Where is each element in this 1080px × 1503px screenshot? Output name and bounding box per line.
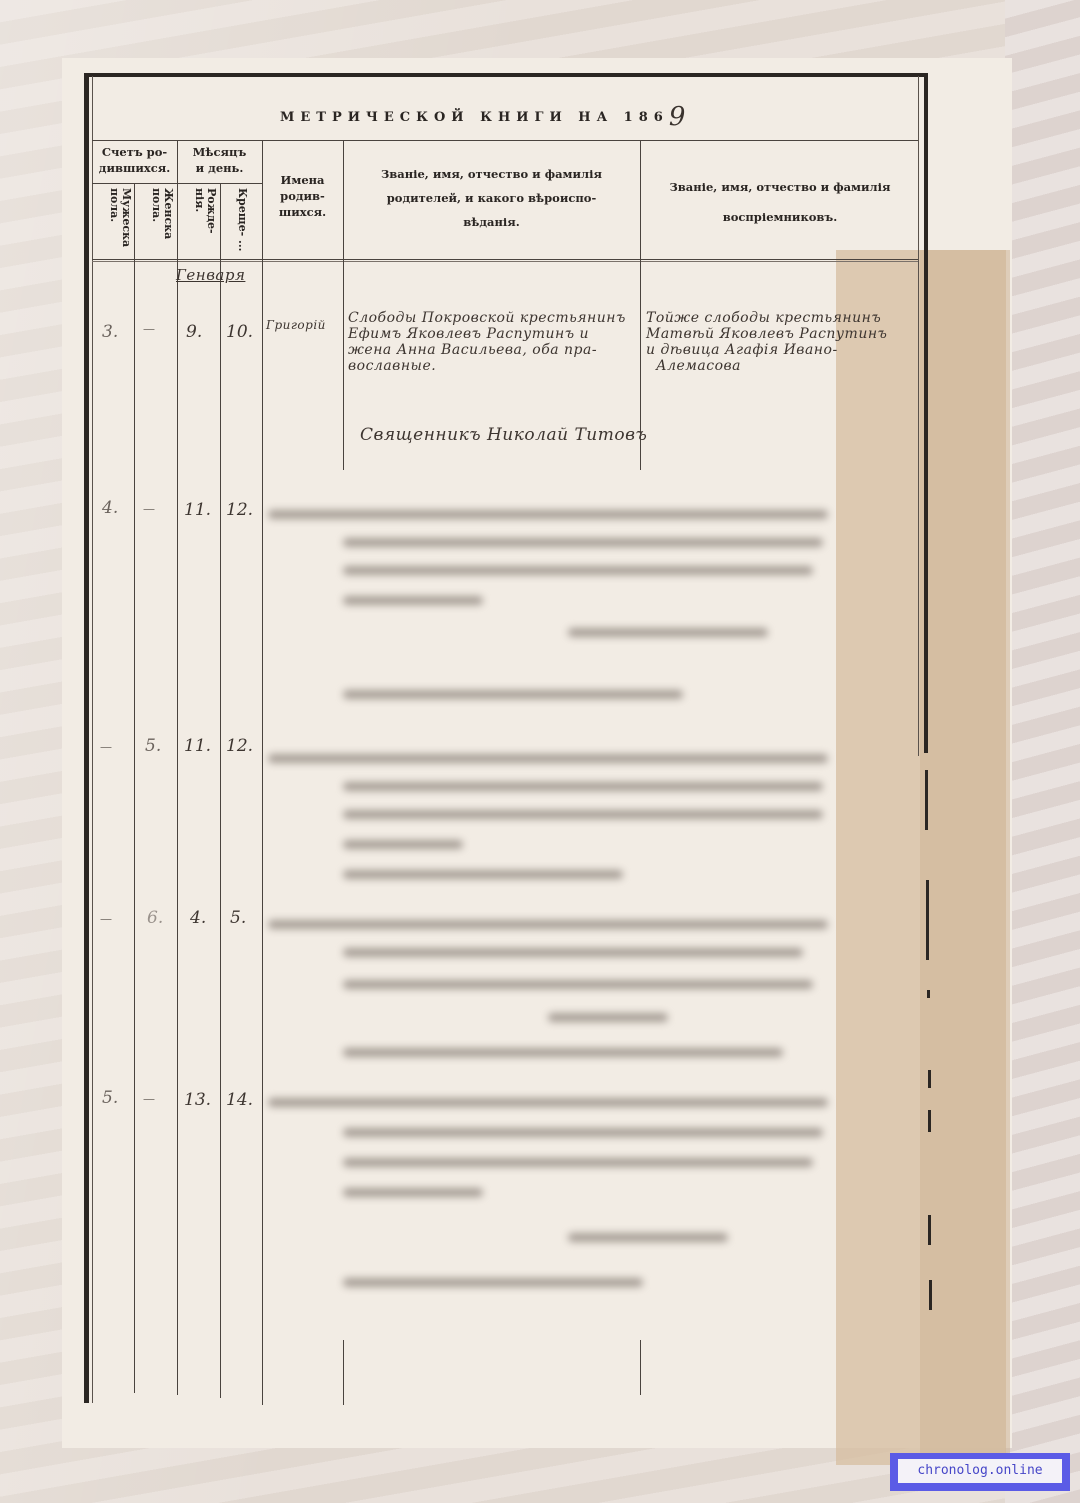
cell-female: — bbox=[143, 322, 155, 336]
header-names: Имена родив- шихся. bbox=[262, 172, 343, 220]
cell-female: 6. bbox=[147, 908, 163, 928]
cell-male: — bbox=[100, 912, 112, 926]
frame-fragment bbox=[926, 880, 929, 960]
year-handwritten: 9 bbox=[669, 102, 686, 132]
header-female: Женска пола. bbox=[150, 188, 174, 256]
cell-male: 5. bbox=[102, 1088, 118, 1108]
table-frame-left-inner bbox=[92, 76, 93, 1403]
cell-birth-day: 4. bbox=[190, 908, 206, 928]
cell-female: 5. bbox=[145, 736, 161, 756]
header-male: Мужеска пола. bbox=[108, 188, 132, 256]
col-rule-parents-godparents-bottom bbox=[640, 1340, 641, 1395]
header-bottom-rule-2 bbox=[92, 261, 918, 262]
cell-birth-day: 13. bbox=[184, 1090, 211, 1110]
cell-baptism-day: 14. bbox=[226, 1090, 253, 1110]
header-godparents: Званіе, имя, отчество и фамилія воспріем… bbox=[640, 172, 920, 232]
cell-baptism-day: 12. bbox=[226, 500, 253, 520]
header-month-day-group: Мѣсяцъ и день. bbox=[177, 144, 262, 176]
frame-fragment bbox=[928, 1070, 931, 1088]
frame-fragment bbox=[929, 1280, 932, 1310]
cell-male: 3. bbox=[102, 322, 118, 342]
redacted-entries-blur bbox=[268, 468, 838, 1318]
header-parents: Званіе, имя, отчество и фамилія родителе… bbox=[343, 162, 640, 234]
col-rule-male-female bbox=[134, 183, 135, 1393]
month-label: Генваря bbox=[176, 266, 245, 284]
header-bottom-rule bbox=[92, 259, 918, 260]
header-top-rule bbox=[92, 140, 918, 141]
cell-baptism-day: 10. bbox=[226, 322, 253, 342]
frame-fragment bbox=[927, 990, 930, 998]
table-frame-right bbox=[924, 73, 928, 753]
repair-tape-strip-inner bbox=[920, 250, 1010, 1465]
cell-birth-day: 11. bbox=[184, 736, 211, 756]
tissue-backing-right bbox=[1005, 0, 1080, 1503]
cell-child-name: Григорій bbox=[266, 318, 326, 332]
col-rule-month-names bbox=[262, 140, 263, 1405]
table-frame-left bbox=[84, 73, 89, 1403]
frame-fragment bbox=[925, 770, 928, 830]
cell-birth-day: 11. bbox=[184, 500, 211, 520]
cell-godparents: Тойже слободы крестьянинъ Матвѣй Яковлев… bbox=[646, 310, 916, 374]
frame-fragment bbox=[928, 1110, 931, 1132]
frame-fragment bbox=[928, 1215, 931, 1245]
col-rule-names-parents-bottom bbox=[343, 1340, 344, 1405]
col-rule-count-month bbox=[177, 140, 178, 1395]
watermark-badge[interactable]: chronolog.online bbox=[890, 1453, 1070, 1491]
cell-female: — bbox=[143, 1092, 155, 1106]
header-baptism: Крещe- ... bbox=[236, 188, 248, 256]
page-title: МЕТРИЧЕСКОЙ КНИГИ НА 1869 bbox=[280, 98, 740, 122]
cell-male: 4. bbox=[102, 498, 118, 518]
cell-parents: Слободы Покровской крестьянинъ Ефимъ Яко… bbox=[348, 310, 643, 374]
col-rule-birth-baptism bbox=[220, 183, 221, 1398]
cell-baptism-day: 5. bbox=[230, 908, 246, 928]
header-birth: Рожде- нія. bbox=[193, 188, 217, 256]
cell-baptism-day: 12. bbox=[226, 736, 253, 756]
watermark-text[interactable]: chronolog.online bbox=[898, 1459, 1062, 1483]
header-count-group: Счетъ ро- дившихся. bbox=[92, 144, 177, 176]
priest-signature: Священникъ Николай Титовъ bbox=[360, 425, 647, 445]
cell-male: — bbox=[100, 740, 112, 754]
cell-birth-day: 9. bbox=[186, 322, 202, 342]
cell-female: — bbox=[143, 502, 155, 516]
